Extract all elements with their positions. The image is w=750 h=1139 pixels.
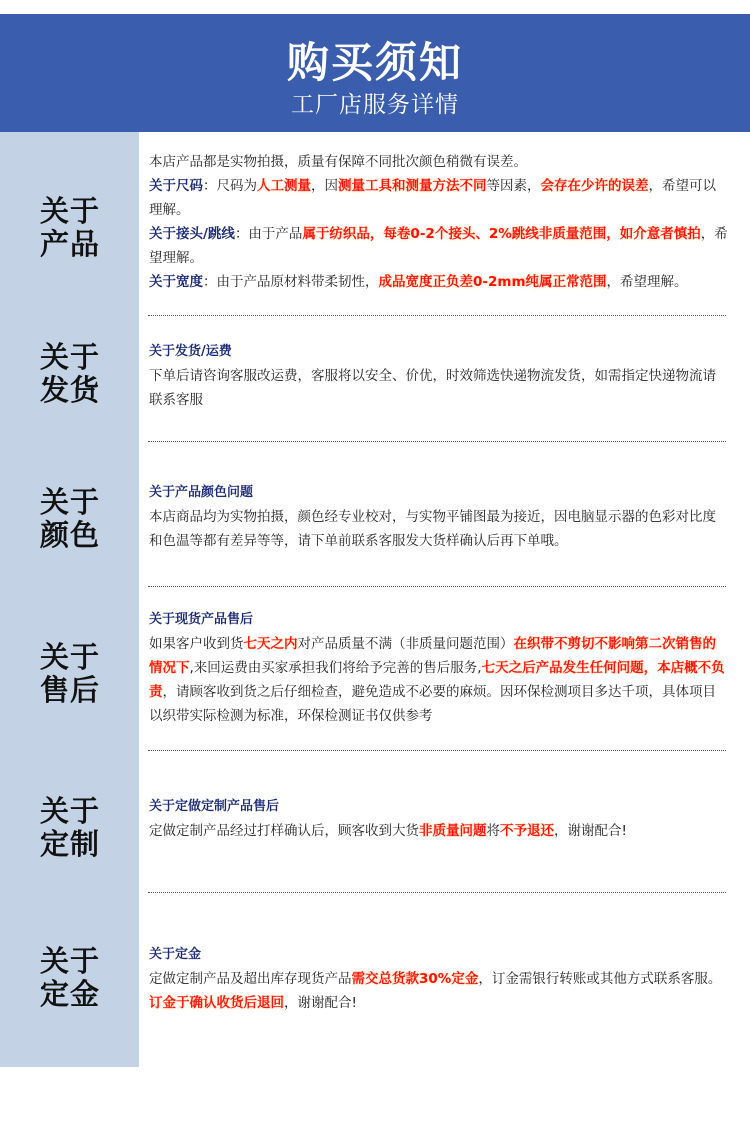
section-paragraph: 本店商品均为实物拍摄，颜色经专业校对，与实物平铺图最为接近，因电脑显示器的色彩对… <box>149 505 729 553</box>
section-product: 本店产品都是实物拍摄，质量有保障不同批次颜色稍微有误差。关于尺码：尺码为人工测量… <box>149 150 729 294</box>
sidebar <box>0 132 139 1067</box>
section-custom: 关于定做定制产品售后定做定制产品经过打样确认后，顾客收到大货非质量问题将不予退还… <box>149 795 729 843</box>
page-header: 购买须知 工厂店服务详情 <box>0 14 750 132</box>
divider <box>148 586 726 587</box>
inline-label: 关于尺码 <box>149 178 203 194</box>
body-text: ,来回运费由买家承担我们将给予完善的售后服务, <box>190 660 482 676</box>
side-label-line: 定制 <box>40 828 104 861</box>
inline-label: 关于宽度 <box>149 274 203 290</box>
section-title: 关于定做定制产品售后 <box>149 795 729 819</box>
body-text: ，请顾客收到货之后仔细检查，避免造成不必要的麻烦。因环保检测项目多达千项，具体项… <box>149 684 716 724</box>
highlight-text: 人工测量 <box>257 178 311 194</box>
side-label-line: 发货 <box>40 374 104 407</box>
highlight-text: 需交总货款30%定金 <box>352 971 479 987</box>
inline-label: 关于接头/跳线 <box>149 226 235 242</box>
body-text: 定做定制产品经过打样确认后，顾客收到大货 <box>149 823 419 839</box>
side-label-line: 关于 <box>40 486 104 519</box>
side-label-line: 产品 <box>40 228 104 261</box>
side-label-line: 关于 <box>40 641 104 674</box>
body-text: ，订金需银行转账或其他方式联系客服。 <box>478 971 721 987</box>
body-text: ，谢谢配合! <box>554 823 627 839</box>
body-text: ：由于产品原材料带柔韧性， <box>203 274 379 290</box>
section-title: 关于现货产品售后 <box>149 608 729 632</box>
side-label-line: 关于 <box>40 195 104 228</box>
divider <box>148 441 726 442</box>
divider <box>148 750 726 751</box>
section-paragraph: 关于宽度：由于产品原材料带柔韧性，成品宽度正负差0-2mm纯属正常范围，希望理解… <box>149 270 729 294</box>
section-aftersales: 关于现货产品售后如果客户收到货七天之内对产品质量不满（非质量问题范围）在织带不剪… <box>149 608 729 728</box>
side-label-color: 关于 颜色 <box>40 486 104 552</box>
section-shipping: 关于发货/运费下单后请咨询客服改运费，客服将以安全、价优，时效筛选快递物流发货，… <box>149 340 729 412</box>
section-paragraph: 关于尺码：尺码为人工测量，因测量工具和测量方法不同等因素，会存在少许的误差，希望… <box>149 174 729 222</box>
side-label-line: 关于 <box>40 341 104 374</box>
divider <box>148 315 726 316</box>
side-label-line: 关于 <box>40 945 104 978</box>
body-text: 对产品质量不满（非质量问题范围） <box>298 636 514 652</box>
section-paragraph: 本店产品都是实物拍摄，质量有保障不同批次颜色稍微有误差。 <box>149 150 729 174</box>
highlight-text: 成品宽度正负差0-2mm纯属正常范围 <box>379 274 607 290</box>
section-paragraph: 下单后请咨询客服改运费，客服将以安全、价优，时效筛选快递物流发货，如需指定快递物… <box>149 364 729 412</box>
side-label-product: 关于 产品 <box>40 195 104 261</box>
side-label-custom: 关于 定制 <box>40 795 104 861</box>
divider <box>148 892 726 893</box>
highlight-text: 订金于确认收货后退回 <box>149 995 284 1011</box>
body-text: ，谢谢配合! <box>284 995 357 1011</box>
highlight-text: 不予退还 <box>500 823 554 839</box>
section-color: 关于产品颜色问题本店商品均为实物拍摄，颜色经专业校对，与实物平铺图最为接近，因电… <box>149 481 729 553</box>
body-text: 本店产品都是实物拍摄，质量有保障不同批次颜色稍微有误差。 <box>149 154 527 170</box>
highlight-text: 会存在少许的误差 <box>541 178 649 194</box>
section-title: 关于定金 <box>149 943 729 967</box>
side-label-line: 颜色 <box>40 519 104 552</box>
section-paragraph: 如果客户收到货七天之内对产品质量不满（非质量问题范围）在织带不剪切不影响第二次销… <box>149 632 729 728</box>
body-text: ：由于产品 <box>235 226 303 242</box>
body-text: 等因素， <box>487 178 541 194</box>
highlight-text: 属于纺织品，每卷0-2个接头、2%跳线非质量范围，如介意者慎拍 <box>302 226 700 242</box>
side-label-deposit: 关于 定金 <box>40 945 104 1011</box>
body-text: 如果客户收到货 <box>149 636 244 652</box>
section-paragraph: 定做定制产品经过打样确认后，顾客收到大货非质量问题将不予退还，谢谢配合! <box>149 819 729 843</box>
body-text: 定做定制产品及超出库存现货产品 <box>149 971 352 987</box>
body-text: 将 <box>487 823 501 839</box>
body-text: 本店商品均为实物拍摄，颜色经专业校对，与实物平铺图最为接近，因电脑显示器的色彩对… <box>149 509 716 549</box>
body-text: ，因 <box>311 178 338 194</box>
body-text: ：尺码为 <box>203 178 257 194</box>
body-text: 下单后请咨询客服改运费，客服将以安全、价优，时效筛选快递物流发货，如需指定快递物… <box>149 368 716 408</box>
section-title: 关于产品颜色问题 <box>149 481 729 505</box>
highlight-text: 非质量问题 <box>419 823 487 839</box>
highlight-text: 七天之内 <box>244 636 298 652</box>
section-paragraph: 关于接头/跳线：由于产品属于纺织品，每卷0-2个接头、2%跳线非质量范围，如介意… <box>149 222 729 270</box>
section-title: 关于发货/运费 <box>149 340 729 364</box>
side-label-line: 关于 <box>40 795 104 828</box>
side-label-line: 售后 <box>40 674 104 707</box>
page-subtitle: 工厂店服务详情 <box>0 90 750 120</box>
page-title: 购买须知 <box>0 38 750 88</box>
side-label-aftersales: 关于 售后 <box>40 641 104 707</box>
body-text: ，希望理解。 <box>607 274 688 290</box>
highlight-text: 测量工具和测量方法不同 <box>338 178 487 194</box>
section-deposit: 关于定金定做定制产品及超出库存现货产品需交总货款30%定金，订金需银行转账或其他… <box>149 943 729 1015</box>
side-label-line: 定金 <box>40 978 104 1011</box>
section-paragraph: 定做定制产品及超出库存现货产品需交总货款30%定金，订金需银行转账或其他方式联系… <box>149 967 729 1015</box>
side-label-shipping: 关于 发货 <box>40 341 104 407</box>
